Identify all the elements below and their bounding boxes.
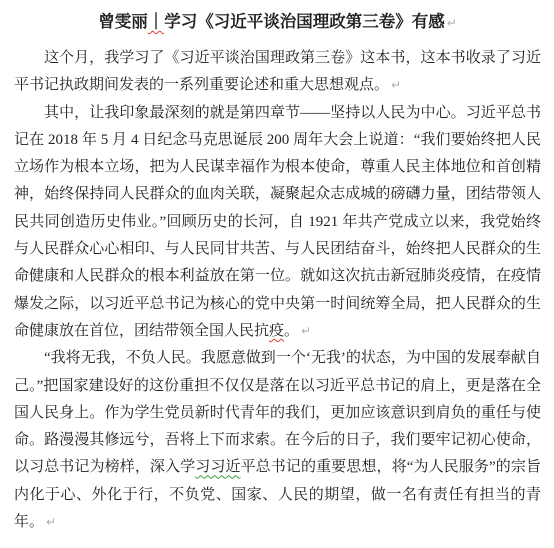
title-text-run: 曾雯丽 [98,12,148,31]
title-text-run: 学习《习近平谈治国理政第三卷》有感 [164,12,445,31]
spell-error-run: 疫 [269,323,284,339]
text-run: “我将无我，不负人民。我愿意做到一个‘无我’的状态，为中国的发展奉献自己。”把国… [14,350,541,475]
paragraph-2: 其中，让我印象最深刻的就是第四章节——坚持以人民为中心。习近平总书记在 2018… [14,100,541,346]
paragraph-mark-icon: ↵ [44,515,56,529]
text-run: 这个月，我学习了《习近平谈治国理政第三卷》这本书，这本书收录了习近平书记执政期间… [14,50,541,93]
document-title: 曾雯丽｜学习《习近平谈治国理政第三卷》有感↵ [14,7,541,38]
paragraph-mark-icon: ↵ [445,16,457,30]
paragraph-mark-icon: ↵ [389,78,401,92]
text-run: 其中，让我印象最深刻的就是第四章节——坚持以人民为中心。习近平总书记在 2018… [14,105,541,339]
text-run: 。 [284,323,299,339]
document-page: 曾雯丽｜学习《习近平谈治国理政第三卷》有感↵ 这个月，我学习了《习近平谈治国理政… [0,0,554,548]
paragraph-mark-icon: ↵ [299,324,311,338]
paragraph-3: “我将无我，不负人民。我愿意做到一个‘无我’的状态，为中国的发展奉献自己。”把国… [14,345,541,536]
grammar-error-run: 习习近 [195,459,240,475]
title-separator-spell-error-run: ｜ [148,12,165,31]
paragraph-1: 这个月，我学习了《习近平谈治国理政第三卷》这本书，这本书收录了习近平书记执政期间… [14,45,541,100]
